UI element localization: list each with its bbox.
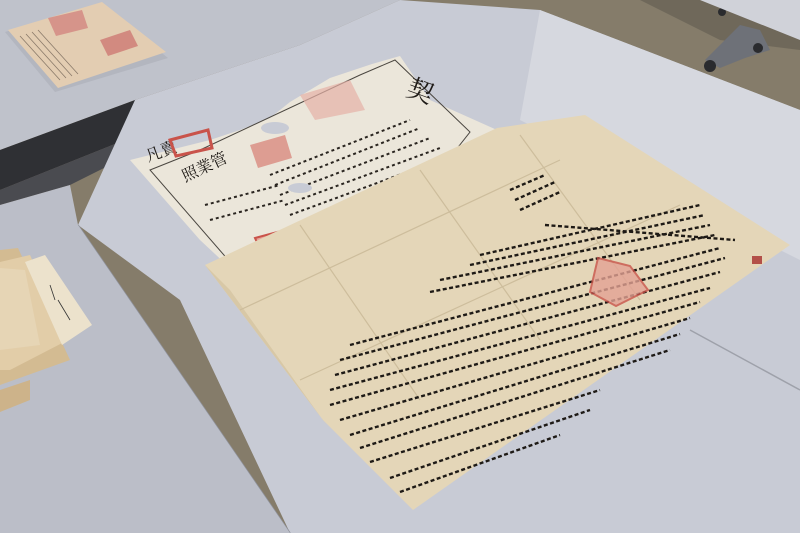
photo-scene: 契 凡賣 照業管 [0,0,800,533]
corner-seal [752,256,762,264]
